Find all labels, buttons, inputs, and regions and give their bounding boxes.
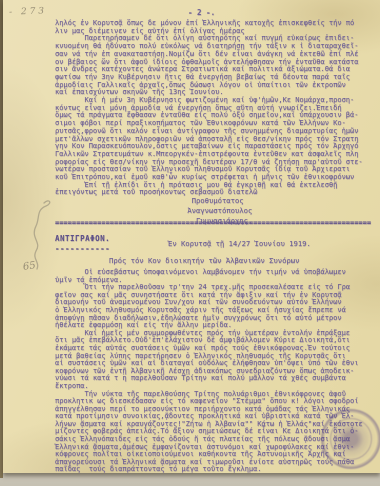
letter-body: ληλός ἐν Κορυτσᾷ ὅπως δε μόνον ἐπί Ἑλλην… bbox=[55, 20, 363, 197]
paper: - 273 - 2 -. ληλός ἐν Κορυτσᾷ ὅπως δε μό… bbox=[3, 0, 380, 473]
section-divider: ========================================… bbox=[55, 219, 371, 227]
copy-body: Οἱ εὐσεβάστως ὑποφαινόμενοι λαμβάνομεν τ… bbox=[55, 269, 363, 474]
typed-page-number: - 2 -. bbox=[188, 8, 215, 17]
margin-number: 65 bbox=[22, 260, 36, 273]
dateline: Ἐν Κορυτσᾷ τῇ 14/27 Ἰουνίου 1919. bbox=[168, 239, 311, 248]
copy-label: ΑΝΤΙΓΡΑΦΟΝ. ----------- bbox=[55, 234, 110, 254]
pencil-page-number: - 273 bbox=[9, 6, 47, 17]
ink-stamp bbox=[321, 409, 380, 469]
addressee: Πρός τόν Κον διοικητήν τῶν Ἀλβανικῶν Συν… bbox=[109, 256, 299, 265]
